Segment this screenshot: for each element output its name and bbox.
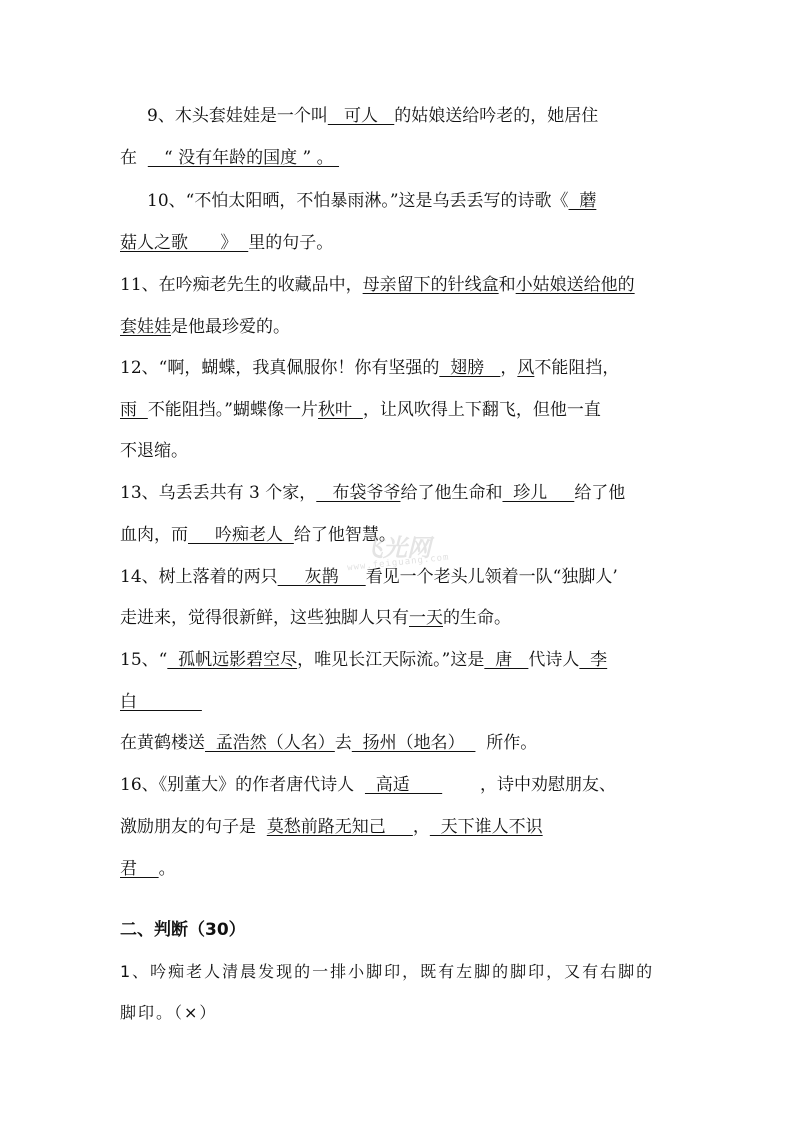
text: 和 [499,275,516,295]
answer-blank: 小姑娘送给他的 [516,275,635,295]
answer-blank: 风 [517,358,534,378]
text: 去 [335,733,352,753]
judgment-item-1-line-2: 脚印。（×） [120,1001,217,1025]
text: ，诗中劝慰朋友、 [442,775,616,795]
text: 给了他智慧。 [294,525,396,545]
question-13-line-2: 血肉，而 吟痴老人 给了他智慧。 [120,523,396,547]
text: 血肉，而 [120,525,188,545]
answer-blank: 可人 [328,106,394,126]
text: 不退缩。 [120,441,188,461]
answer-blank: 母亲留下的针线盒 [363,275,499,295]
answer-blank: 蘑 [569,191,597,211]
text: 13、乌丢丢共有 3 个家， [120,483,316,503]
answer-blank: 一天 [409,608,443,628]
question-14-line-1: 14、树上落着的两只 灰鹊 看见一个老头儿领着一队“独脚人’ [120,565,618,589]
answer-blank: 雨 [120,400,148,420]
text: 在黄鹤楼送 [120,733,205,753]
answer-blank: 孤帆远影碧空尽 [167,650,297,670]
text: 给了他生命和 [400,483,502,503]
question-12-line-3: 不退缩。 [120,439,188,463]
section-heading: 二、判断（30） [120,918,246,942]
question-16-line-1: 16、《别董大》的作者唐代诗人 高适 ，诗中劝慰朋友、 [120,773,616,797]
question-11-line-1: 11、在吟痴老先生的收藏品中，母亲留下的针线盒和小姑娘送给他的 [120,273,635,297]
answer-blank: 灰鹊 [278,567,366,587]
question-13-line-1: 13、乌丢丢共有 3 个家， 布袋爷爷给了他生命和 珍儿 给了他 [120,481,625,505]
text: 在 [120,148,148,168]
answer-blank: 莫愁前路无知己 [267,817,413,837]
text: 9、木头套娃娃是一个叫 [147,106,328,126]
question-16-line-3: 君 。 [120,857,176,881]
question-16-line-2: 激励朋友的句子是 莫愁前路无知己 ， 天下谁人不识 [120,815,543,839]
question-10-line-2: 菇人之歌 》 里的句子。 [120,231,333,255]
text: 不能阻挡， [534,358,619,378]
text: 11、在吟痴老先生的收藏品中， [120,275,363,295]
text: 的生命。 [443,608,511,628]
text: 14、树上落着的两只 [120,567,278,587]
text: 。 [159,859,176,879]
text: 12、“啊，蝴蝶，我真佩服你！你有坚强的 [120,358,439,378]
answer-blank: 菇人之歌 》 [120,233,248,253]
question-12-line-2: 雨 不能阻挡。”蝴蝶像一片秋叶 ，让风吹得上下翻飞，但他一直 [120,398,601,422]
text: ， [413,817,430,837]
text: 所作。 [475,733,537,753]
answer-blank: 吟痴老人 [188,525,294,545]
question-15-line-2: 白 [120,690,202,714]
question-14-line-2: 走进来，觉得很新鲜，这些独脚人只有一天的生命。 [120,606,511,630]
text: 的姑娘送给吟老的，她居住 [394,106,598,126]
text: ， [500,358,517,378]
question-15-line-3: 在黄鹤楼送 孟浩然（人名）去 扬州（地名） 所作。 [120,731,537,755]
text: 15、“ [120,650,167,670]
answer-blank: 套娃娃 [120,317,171,337]
judgment-item-1-line-1: 1、吟痴老人清晨发现的一排小脚印，既有左脚的脚印，又有右脚的 [120,960,654,984]
text: ，唯见长江天际流。”这是 [297,650,484,670]
text: 16、《别董大》的作者唐代诗人 [120,775,365,795]
text: 代诗人 [528,650,579,670]
answer-blank: 珍儿 [502,483,574,503]
answer-blank: 天下谁人不识 [430,817,543,837]
text: 里的句子。 [248,233,333,253]
answer-blank: 君 [120,859,159,879]
answer-blank: 李 [579,650,607,670]
answer-blank: “ 没有年龄的国度 ” 。 [148,148,339,168]
question-11-line-2: 套娃娃是他最珍爱的。 [120,315,290,339]
answer-blank: 孟浩然（人名） [205,733,335,753]
answer-blank: 白 [120,692,202,712]
text: ，让风吹得上下翻飞，但他一直 [363,400,601,420]
answer-blank: 唐 [484,650,528,670]
text: 是他最珍爱的。 [171,317,290,337]
question-15-line-1: 15、“ 孤帆远影碧空尽，唯见长江天际流。”这是 唐 代诗人 李 [120,648,607,672]
text: 走进来，觉得很新鲜，这些独脚人只有 [120,608,409,628]
answer-blank: 秋叶 [318,400,363,420]
question-9-line-1: 9、木头套娃娃是一个叫 可人 的姑娘送给吟老的，她居住 [147,104,598,128]
question-12-line-1: 12、“啊，蝴蝶，我真佩服你！你有坚强的 翅膀 ，风不能阻挡， [120,356,619,380]
text: 10、“不怕太阳晒，不怕暴雨淋。”这是乌丢丢写的诗歌《 [147,191,569,211]
text: 看见一个老头儿领着一队“独脚人’ [366,567,618,587]
answer-blank: 高适 [365,775,442,795]
question-9-line-2: 在 “ 没有年龄的国度 ” 。 [120,146,339,170]
text: 不能阻挡。”蝴蝶像一片 [148,400,318,420]
text: 激励朋友的句子是 [120,817,267,837]
answer-blank: 扬州（地名） [352,733,476,753]
answer-blank: 布袋爷爷 [316,483,400,503]
document-page: 9、木头套娃娃是一个叫 可人 的姑娘送给吟老的，她居住 在 “ 没有年龄的国度 … [0,0,793,1122]
question-10-line-1: 10、“不怕太阳晒，不怕暴雨淋。”这是乌丢丢写的诗歌《 蘑 [147,189,596,213]
text: 给了他 [574,483,625,503]
answer-blank: 翅膀 [439,358,500,378]
